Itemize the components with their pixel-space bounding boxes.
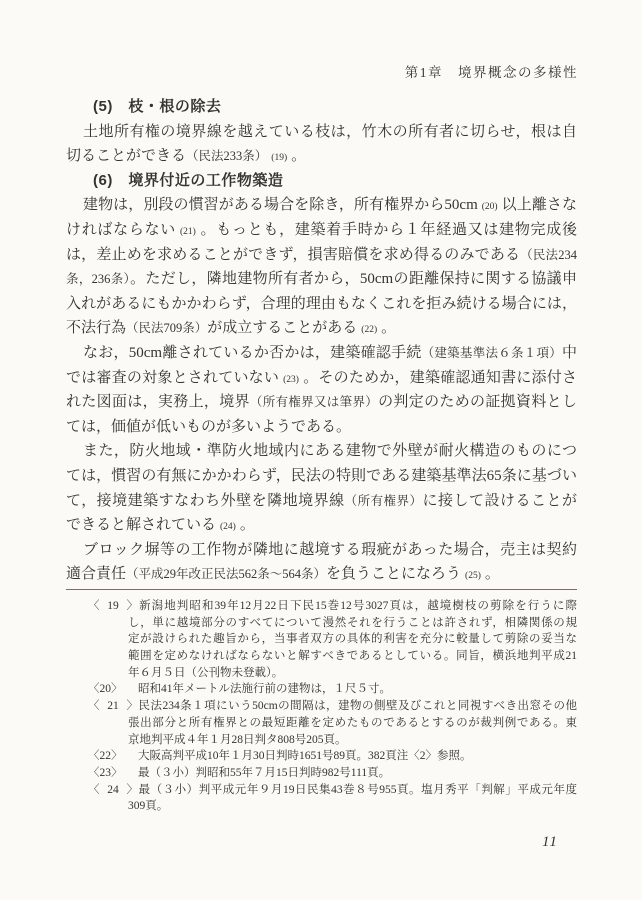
footnote-text: 年６月５日（公刊物未登載）。	[128, 667, 283, 679]
body-line: れた図面は，実務上，境界（所有権界又は筆界）の判定のための証拠資料とし	[66, 390, 577, 415]
text-segment: 。ただし，隣地建物所有者から，50cmの距離保持に関する協議申	[130, 271, 577, 287]
text-segment: （平成29年改正民法562条～564条）	[126, 567, 326, 581]
text-segment: では審査の対象とされていない	[66, 370, 279, 386]
footnote-line: 〈21〉民法234条１項にいう50cmの間隔は，建物の側壁及びこれと同視すべき出…	[66, 698, 577, 715]
text-segment: 。そのためか，建築確認通知書に添付さ	[303, 370, 577, 386]
footnote-text: 最（３小）判昭和55年７月15日判時982号111頁。	[138, 767, 390, 779]
running-header: 第1章 境界概念の多様性	[405, 61, 578, 81]
body-line: なお，50cm離されているか否かは，建築確認手続（建築基準法６条１項）中	[66, 341, 577, 366]
scanned-book-page: { "theme": { "paper": "#fbfaf7", "ink": …	[0, 0, 642, 900]
text-segment: が成立することがある	[207, 320, 357, 336]
text-segment: 中	[562, 345, 577, 361]
footnote-line: し，単に越境部分のすべてについて漫然それを行うことは許されず，相隣関係の規	[66, 615, 577, 632]
body-line: 土地所有権の境界線を越えている枝は，竹木の所有者に切らせ，根は自ら	[66, 120, 577, 145]
text-segment: 建物は，別段の慣習がある場合を除き，所有権界から50cm	[83, 197, 478, 213]
text-segment: ては，価値が低いものが多いようである。	[66, 419, 351, 435]
footnote-text: 張出部分と所有権界との最短距離を定めたものであるとするのが裁判例である。東	[128, 717, 577, 729]
body-line: ブロック塀等の工作物が隣地に越境する瑕疵があった場合，売主は契約不	[66, 538, 577, 563]
text-segment: なお，50cm離されているか否かは，建築確認手続	[83, 345, 422, 361]
text-segment: できると解されている	[66, 517, 216, 533]
body-text-block: (5) 枝・根の除去土地所有権の境界線を越えている枝は，竹木の所有者に切らせ，根…	[66, 95, 577, 587]
footnote-text: 京地判平成４年１月28日判タ808号205頁。	[128, 734, 347, 746]
footnote-ref: (25)	[465, 571, 481, 581]
body-line: ければならない(21)。もっとも，建築着手時から１年経過又は建物完成後	[66, 218, 577, 243]
footnote-text: 定が設けられた趣旨から，当事者双方の具体的利害を充分に較量して剪除の妥当な	[128, 633, 577, 645]
body-line: また，防火地域・準防火地域内にある建物で外壁が耐火構造のものについ	[66, 439, 577, 464]
footnote-line: 年６月５日（公刊物未登載）。	[66, 665, 577, 682]
text-segment: また，防火地域・準防火地域内にある建物で外壁が耐火構造のものについ	[83, 443, 577, 464]
footnote-text: 大阪高判平成10年１月30日判時1651号89頁。382頁注〈2〉参照。	[138, 750, 472, 762]
body-line: ては，価値が低いものが多いようである。	[66, 415, 577, 440]
text-segment: を負うことになろう	[326, 566, 461, 582]
footnote-ref: (19)	[271, 153, 287, 163]
text-segment: 切ることができる	[66, 148, 186, 164]
body-line: では審査の対象とされていない(23)。そのためか，建築確認通知書に添付さ	[66, 366, 577, 391]
text-segment: 条，236条）	[66, 272, 130, 286]
text-segment: れた図面は，実務上，境界	[66, 394, 250, 410]
footnote-number: 〈21〉	[88, 698, 138, 715]
text-segment: 。もっとも，建築着手時から１年経過又は建物完成後	[200, 222, 577, 238]
body-line: 切ることができる（民法233条）(19)。	[66, 144, 577, 169]
footnote-line: 〈19〉新潟地判昭和39年12月22日下民15巻12号3027頁は，越境樹枝の剪…	[66, 598, 577, 615]
footnote-line: 〈24〉最（３小）判平成元年９月19日民集43巻８号955頁。塩月秀平「判解」平…	[66, 782, 577, 799]
body-line: 適合責任（平成29年改正民法562条～564条）を負うことになろう(25)。	[66, 562, 577, 587]
footnote-number: 〈20〉	[88, 681, 138, 698]
text-segment: の判定のための証拠資料とし	[378, 394, 577, 410]
section-heading: (5) 枝・根の除去	[66, 95, 577, 120]
body-line: は，差止めを求めることができず，損害賠償を求め得るのみである（民法234	[66, 243, 577, 268]
footnote-text: 昭和41年メートル法施行前の建物は，１尺５寸。	[138, 683, 391, 695]
footnote-line: 範囲を定めなければならないと解すべきであるとしている。同旨，横浜地判平成21	[66, 648, 577, 665]
body-line: 入れがあるにもかかわらず，合理的理由もなくこれを拒み続ける場合には，	[66, 292, 577, 317]
text-segment: ければならない	[66, 222, 176, 238]
text-segment: （所有権界又は筆界）	[250, 395, 378, 409]
text-segment: 。	[291, 148, 306, 164]
footnote-text: 最（３小）判平成元年９月19日民集43巻８号955頁。塩月秀平「判解」平成元年度	[138, 784, 577, 796]
footnote-text: 新潟地判昭和39年12月22日下民15巻12号3027頁は，越境樹枝の剪除を行う…	[138, 600, 577, 612]
text-segment: ブロック塀等の工作物が隣地に越境する瑕疵があった場合，売主は契約不	[83, 542, 577, 563]
text-segment: 不法行為	[66, 320, 126, 336]
footnote-line: 〈23〉最（３小）判昭和55年７月15日判時982号111頁。	[66, 765, 577, 782]
text-segment: ては，慣習の有無にかかわらず，民法の特則である建築基準法65条に基づい	[66, 468, 577, 484]
page-number: 11	[542, 834, 558, 851]
text-segment: (5) 枝・根の除去	[93, 98, 221, 115]
text-segment: (6) 境界付近の工作物築造	[93, 172, 283, 189]
text-segment: 。	[240, 517, 255, 533]
text-segment: 以上離さな	[502, 197, 577, 213]
text-segment: （民法234	[520, 248, 577, 262]
body-line: 条，236条）。ただし，隣地建物所有者から，50cmの距離保持に関する協議申	[66, 267, 577, 292]
footnote-text: し，単に越境部分のすべてについて漫然それを行うことは許されず，相隣関係の規	[128, 617, 577, 629]
text-segment: 。	[485, 566, 500, 582]
body-line: ては，慣習の有無にかかわらず，民法の特則である建築基準法65条に基づい	[66, 464, 577, 489]
footnote-ref: (20)	[482, 202, 498, 212]
text-segment: 。	[381, 320, 396, 336]
footnote-number: 〈24〉	[88, 782, 138, 799]
footnote-text: 309頁。	[128, 800, 168, 812]
body-line: 不法行為（民法709条）が成立することがある(22)。	[66, 316, 577, 341]
footnote-line: 〈20〉昭和41年メートル法施行前の建物は，１尺５寸。	[66, 681, 577, 698]
text-segment: （民法709条）	[126, 321, 207, 335]
footnote-line: 張出部分と所有権界との最短距離を定めたものであるとするのが裁判例である。東	[66, 715, 577, 732]
body-line: 建物は，別段の慣習がある場合を除き，所有権界から50cm(20)以上離さな	[66, 193, 577, 218]
footnote-ref: (24)	[220, 522, 236, 532]
section-heading: (6) 境界付近の工作物築造	[66, 169, 577, 194]
footnote-line: 定が設けられた趣旨から，当事者双方の具体的利害を充分に較量して剪除の妥当な	[66, 631, 577, 648]
text-segment: に接して設けることが	[423, 493, 577, 509]
text-segment: 入れがあるにもかかわらず，合理的理由もなくこれを拒み続ける場合には，	[66, 296, 577, 312]
text-segment: 土地所有権の境界線を越えている枝は，竹木の所有者に切らせ，根は自ら	[83, 124, 577, 145]
text-segment: （建築基準法６条１項）	[422, 346, 562, 360]
footnote-line: 309頁。	[66, 798, 577, 815]
footnote-number: 〈19〉	[88, 598, 138, 615]
text-segment: （所有権界）	[345, 494, 423, 508]
footnote-ref: (22)	[361, 325, 377, 335]
body-line: できると解されている(24)。	[66, 513, 577, 538]
body-line: て，接境建築すなわち外壁を隣地境界線（所有権界）に接して設けることが	[66, 489, 577, 514]
footnote-block: 〈19〉新潟地判昭和39年12月22日下民15巻12号3027頁は，越境樹枝の剪…	[66, 598, 577, 815]
footnote-text: 範囲を定めなければならないと解すべきであるとしている。同旨，横浜地判平成21	[128, 650, 577, 662]
footnote-number: 〈22〉	[88, 748, 138, 765]
footnote-divider	[66, 589, 577, 590]
footnote-number: 〈23〉	[88, 765, 138, 782]
text-segment: て，接境建築すなわち外壁を隣地境界線	[66, 493, 345, 509]
footnote-text: 民法234条１項にいう50cmの間隔は，建物の側壁及びこれと同視すべき出窓その他	[138, 700, 577, 712]
footnote-line: 京地判平成４年１月28日判タ808号205頁。	[66, 732, 577, 749]
text-segment: は，差止めを求めることができず，損害賠償を求め得るのみである	[66, 247, 520, 263]
footnote-line: 〈22〉大阪高判平成10年１月30日判時1651号89頁。382頁注〈2〉参照。	[66, 748, 577, 765]
text-segment: 適合責任	[66, 566, 126, 582]
footnote-ref: (23)	[283, 375, 299, 385]
footnote-ref: (21)	[180, 227, 196, 237]
text-segment: （民法233条）	[186, 149, 267, 163]
